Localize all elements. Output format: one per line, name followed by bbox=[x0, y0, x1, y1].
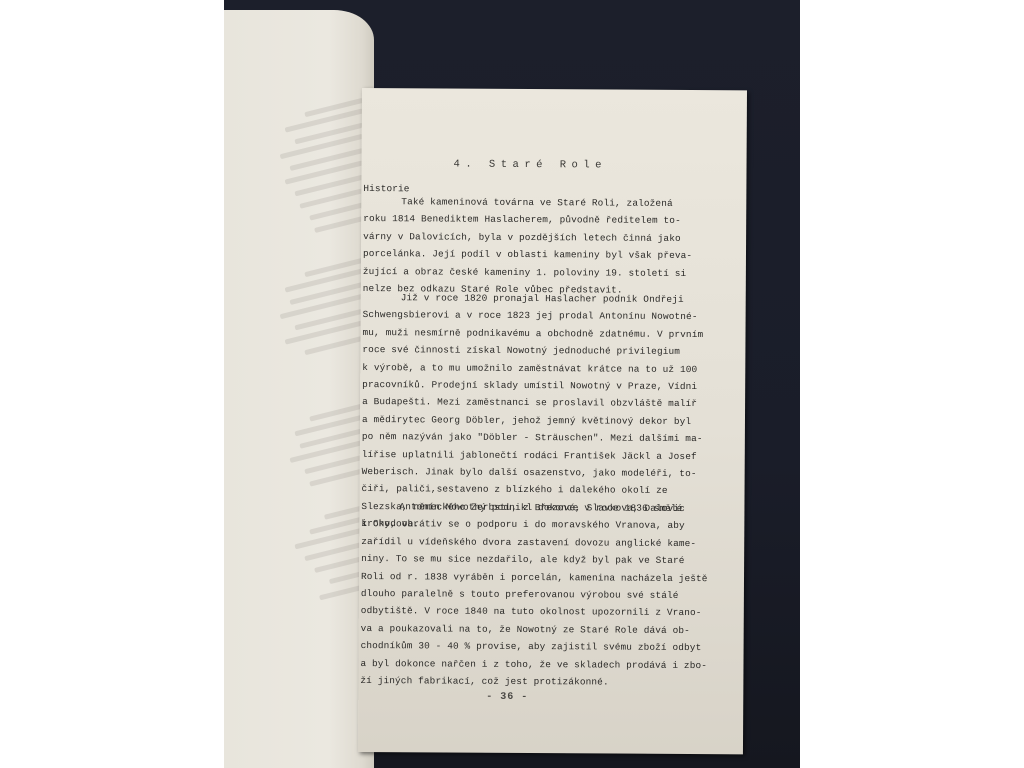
text-line: odbytiště. V roce 1840 na tuto okolnost … bbox=[361, 602, 746, 622]
section-title: 4. Staré Role bbox=[453, 157, 607, 175]
show-through-text bbox=[304, 336, 363, 355]
show-through-text bbox=[314, 216, 364, 233]
text-line: niny. To se mu sice nezdařilo, ale když … bbox=[361, 550, 746, 570]
text-line: čiři, paliči,sestaveno z blízkého i dale… bbox=[361, 480, 746, 500]
text-line: porcelánka. Její podíl v oblasti kamenin… bbox=[363, 245, 748, 265]
page-content: 4. Staré Role Historie Také kameninová t… bbox=[364, 88, 744, 90]
paragraph-1: Také kameninová továrna ve Staré Roli, z… bbox=[363, 193, 749, 300]
right-page: 4. Staré Role Historie Také kameninová t… bbox=[358, 88, 747, 754]
text-line: roce své činnosti získal Nowotný jednodu… bbox=[362, 341, 747, 361]
text-line: ží jiných fabrikací, což jest protizákon… bbox=[360, 672, 745, 692]
left-facing-page bbox=[224, 10, 374, 768]
text-line: a Budapešti. Mezi zaměstnanci se proslav… bbox=[362, 393, 747, 413]
text-line: chodníkům 30 - 40 % provise, aby zajisti… bbox=[361, 637, 746, 657]
show-through-text bbox=[314, 556, 364, 573]
show-through-text bbox=[319, 585, 364, 601]
text-line: roku 1814 Benediktem Haslacherem, původn… bbox=[363, 210, 748, 230]
page-number: - 36 - bbox=[486, 689, 528, 707]
text-line: po něm nazýván jako "Döbler - Sträuschen… bbox=[362, 428, 747, 448]
paragraph-3: Antonín Nowotný podnikl dokonce v roce 1… bbox=[360, 498, 746, 692]
text-line: kroky, obrátiv se o podporu i do moravsk… bbox=[361, 515, 746, 535]
book-photo: 4. Staré Role Historie Také kameninová t… bbox=[224, 0, 800, 768]
text-line: Schwengsbierovi a v roce 1823 jej prodal… bbox=[363, 306, 748, 326]
